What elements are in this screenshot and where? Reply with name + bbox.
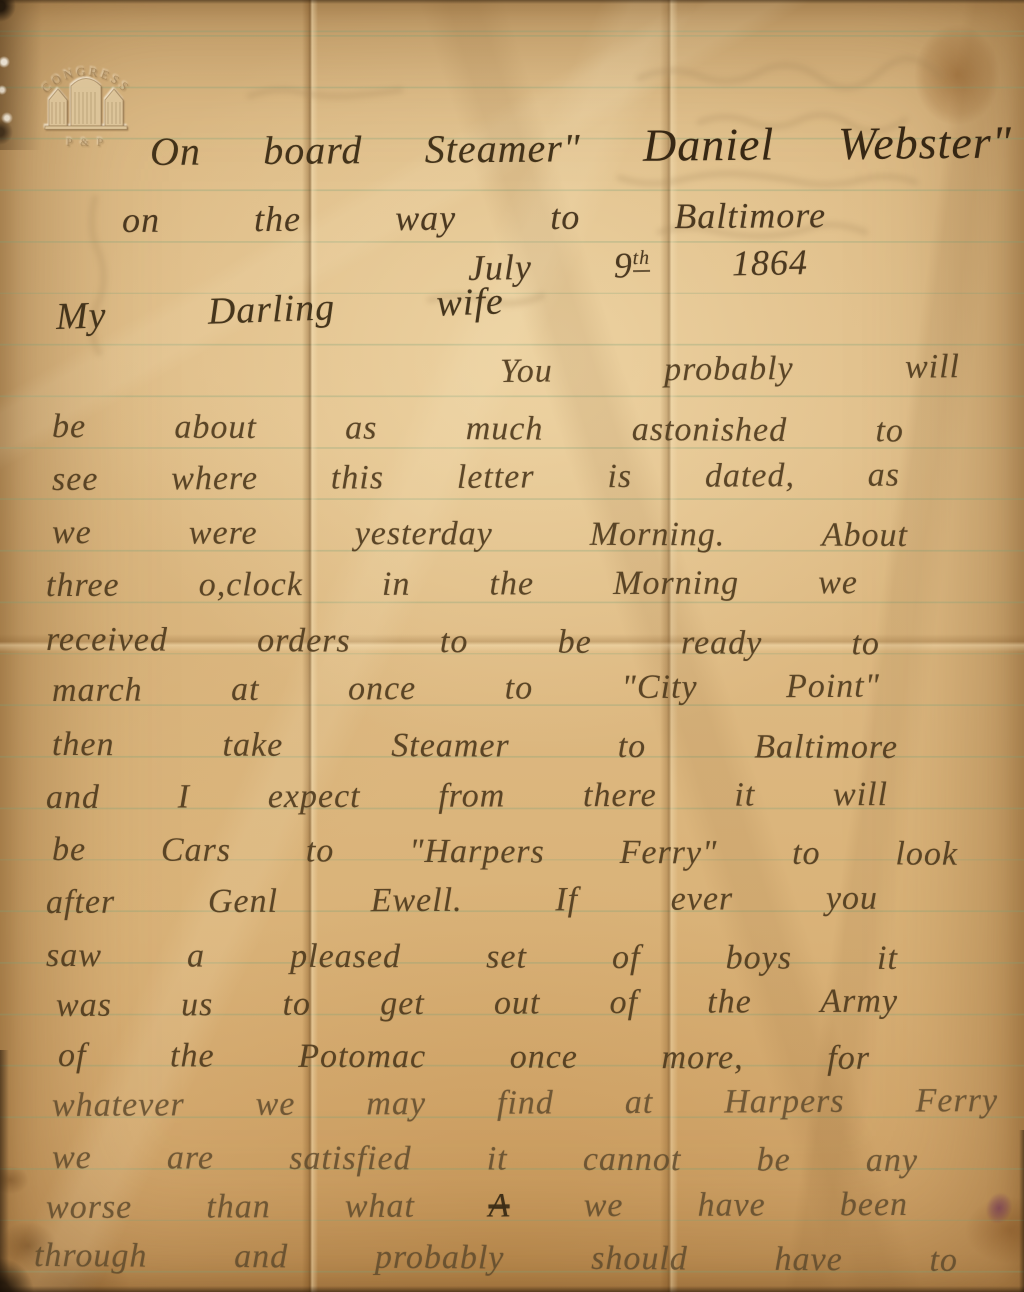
handwriting-line: after Genl Ewell. If ever you: [46, 879, 878, 922]
date-year: 1864: [732, 242, 809, 283]
handwriting-line: be about as much astonished to: [52, 407, 904, 451]
handwriting-line: we are satisfied it cannot be any: [52, 1138, 918, 1180]
date-line: July 9th 1864: [468, 242, 809, 289]
crossed-out-word: A: [488, 1187, 509, 1224]
handwriting-line: saw a pleased set of boys it: [46, 936, 898, 978]
header-place: On board Steamer": [150, 125, 581, 174]
handwriting-line: see where this letter is dated, as: [52, 456, 900, 500]
line-text-pre: worse than what: [46, 1188, 415, 1226]
handwriting-line: march at once to "City Point": [52, 667, 880, 710]
handwriting-line: we were yesterday Morning. About: [52, 513, 908, 555]
date-ordinal: th: [632, 247, 650, 272]
embossed-congress-stamp: CONGRESS P & P: [24, 42, 148, 160]
handwriting-line: You probably will: [500, 347, 960, 391]
letter-photo: CONGRESS P & P On board Steamer" Daniel …: [0, 0, 1024, 1292]
stamp-bottom-text: P & P: [66, 137, 106, 149]
handwriting-line: received orders to be ready to: [46, 620, 880, 663]
handwriting-line: whatever we may find at Harpers Ferry: [52, 1081, 998, 1125]
handwriting-line: through and probably should have to: [34, 1236, 958, 1280]
steamer-name: Daniel Webster": [643, 116, 1012, 170]
line-text-post: we have been: [584, 1186, 908, 1224]
handwriting-line: and I expect from there it will: [46, 775, 888, 817]
handwriting-line: three o,clock in the Morning we: [46, 563, 858, 605]
header-line-2: on the way to Baltimore: [122, 195, 826, 241]
handwriting-line-strikeout: worse than what A we have been: [46, 1185, 908, 1227]
handwriting-line: be Cars to "Harpers Ferry" to look: [52, 830, 958, 874]
handwriting-line: then take Steamer to Baltimore: [52, 725, 898, 767]
handwriting-line: was us to get out of the Army: [56, 982, 898, 1026]
handwriting-line: of the Potomac once more, for: [58, 1036, 870, 1078]
header-line-1: On board Steamer" Daniel Webster": [150, 116, 1012, 176]
